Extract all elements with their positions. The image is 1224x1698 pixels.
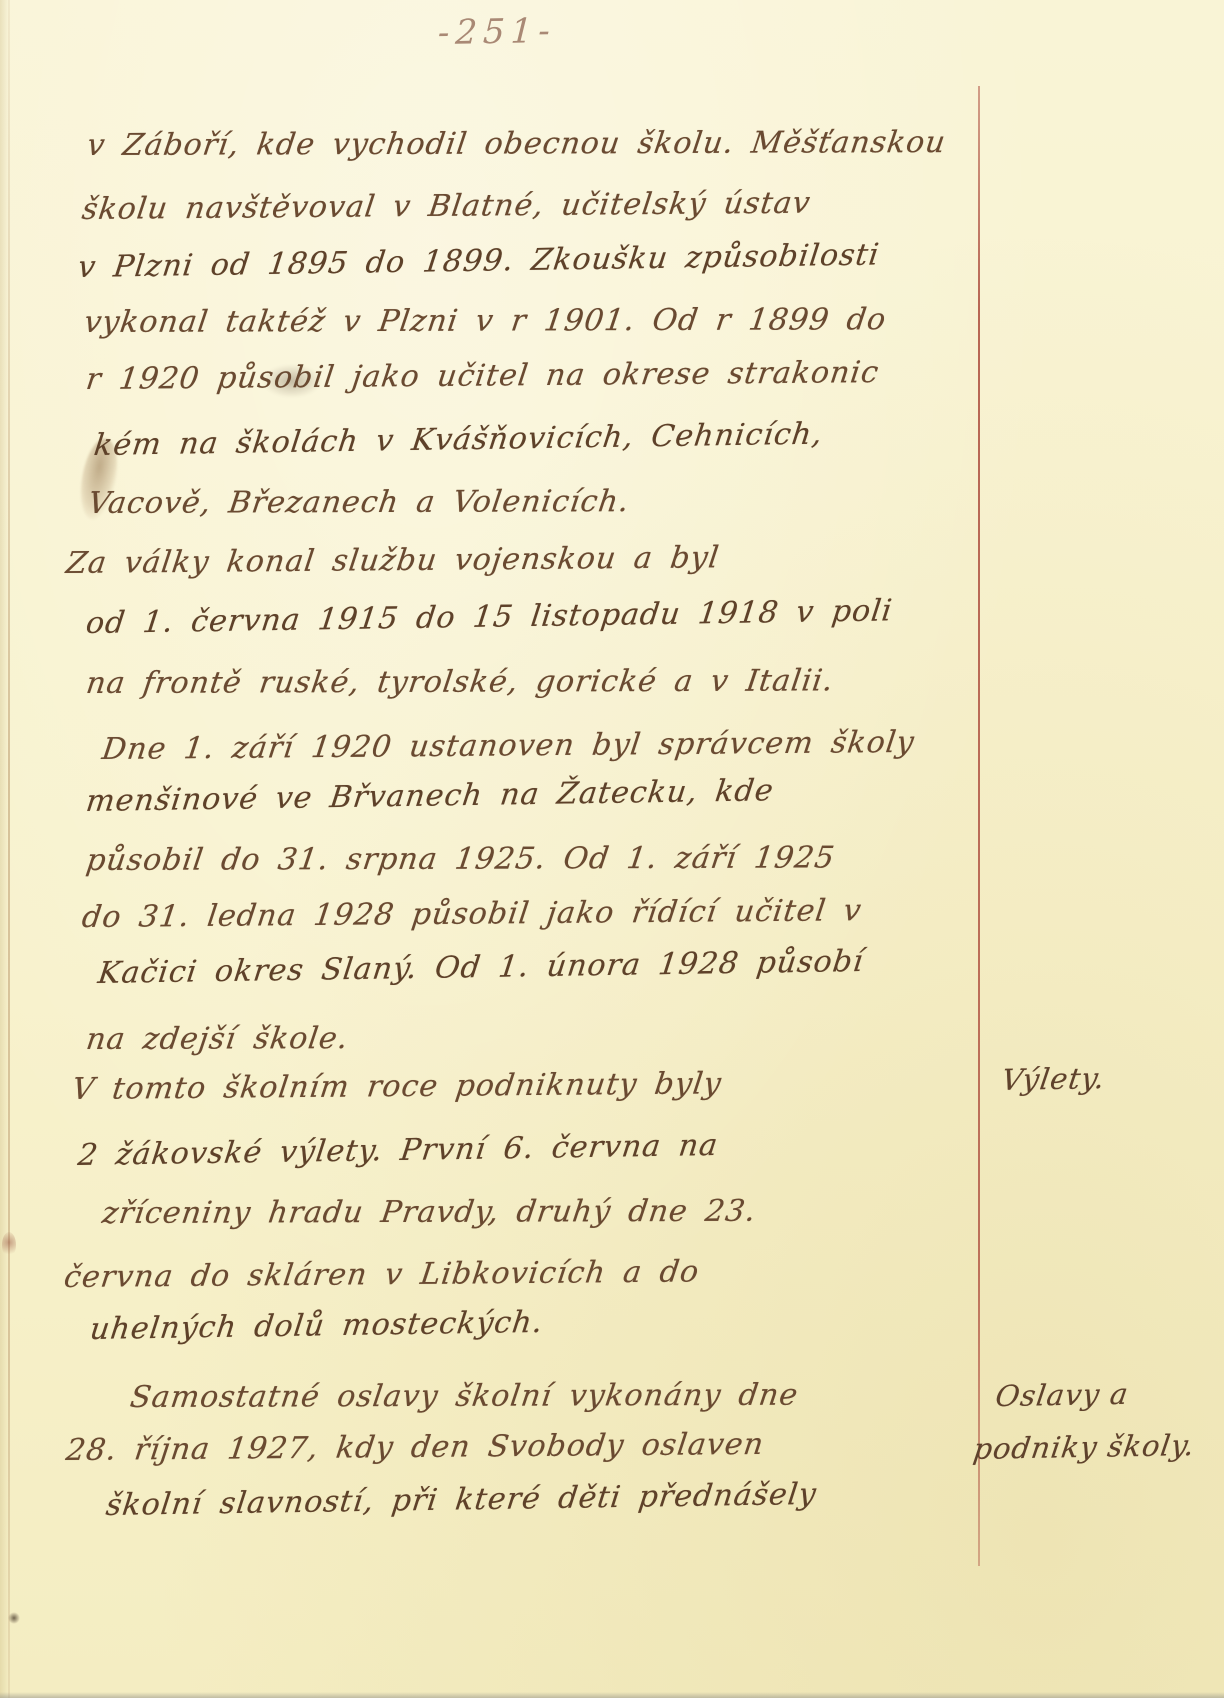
handwritten-line: působil do 31. srpna 1925. Od 1. září 19… <box>84 840 837 878</box>
left-crease-line <box>8 0 10 1698</box>
scan-bottom-edge <box>0 1692 1224 1698</box>
handwritten-line: v Plzni od 1895 do 1899. Zkoušku způsobi… <box>76 237 882 285</box>
handwritten-line: do 31. ledna 1928 působil jako řídící uč… <box>80 893 864 935</box>
margin-note-vylety: Výlety. <box>999 1061 1107 1097</box>
handwritten-line: menšinové ve Břvanech na Žatecku, kde <box>84 773 776 819</box>
page-number: -251- <box>437 11 557 53</box>
handwritten-line: 28. října 1927, kdy den Svobody oslaven <box>64 1427 766 1468</box>
handwritten-line: Za války konal službu vojenskou a byl <box>64 540 722 581</box>
handwritten-line: od 1. června 1915 do 15 listopadu 1918 v… <box>84 593 895 641</box>
handwritten-line: r 1920 působil jako učitel na okrese str… <box>84 355 881 397</box>
dark-speck <box>8 1612 20 1624</box>
handwritten-line: školu navštěvoval v Blatné, učitelský ús… <box>80 186 813 227</box>
handwritten-line: zříceniny hradu Pravdy, druhý dne 23. <box>100 1194 759 1231</box>
red-edge-stain <box>2 1232 16 1258</box>
handwritten-line: školní slavností, při které děti přednáš… <box>104 1477 819 1523</box>
margin-note-oslavy-line1: Oslavy a <box>993 1377 1131 1413</box>
manuscript-page: -251- v Záboří, kde vychodil obecnou ško… <box>0 0 1224 1698</box>
handwritten-line: června do skláren v Libkovicích a do <box>62 1254 702 1295</box>
red-margin-rule <box>978 86 980 1566</box>
handwritten-line: uhelných dolů mosteckých. <box>88 1305 545 1347</box>
handwritten-line: kém na školách v Kvášňovicích, Cehnicích… <box>92 417 825 463</box>
handwritten-line: na frontě ruské, tyrolské, gorické a v I… <box>84 663 836 701</box>
handwritten-line: V tomto školním roce podniknuty byly <box>70 1066 724 1107</box>
handwritten-line: Dne 1. září 1920 ustanoven byl správcem … <box>100 725 917 767</box>
handwritten-line: 2 žákovské výlety. První 6. června na <box>76 1128 720 1173</box>
margin-note-oslavy-line2: podniky školy. <box>971 1428 1197 1466</box>
handwritten-line: na zdejší škole. <box>84 1021 351 1057</box>
handwritten-line: Kačici okres Slaný. Od 1. února 1928 půs… <box>96 944 866 991</box>
handwritten-line: Samostatné oslavy školní vykonány dne <box>128 1378 801 1415</box>
handwritten-line: Vacově, Březanech a Volenicích. <box>86 484 632 521</box>
handwritten-line: vykonal taktéž v Plzni v r 1901. Od r 18… <box>82 302 889 340</box>
handwritten-line: v Záboří, kde vychodil obecnou školu. Mě… <box>85 125 948 163</box>
